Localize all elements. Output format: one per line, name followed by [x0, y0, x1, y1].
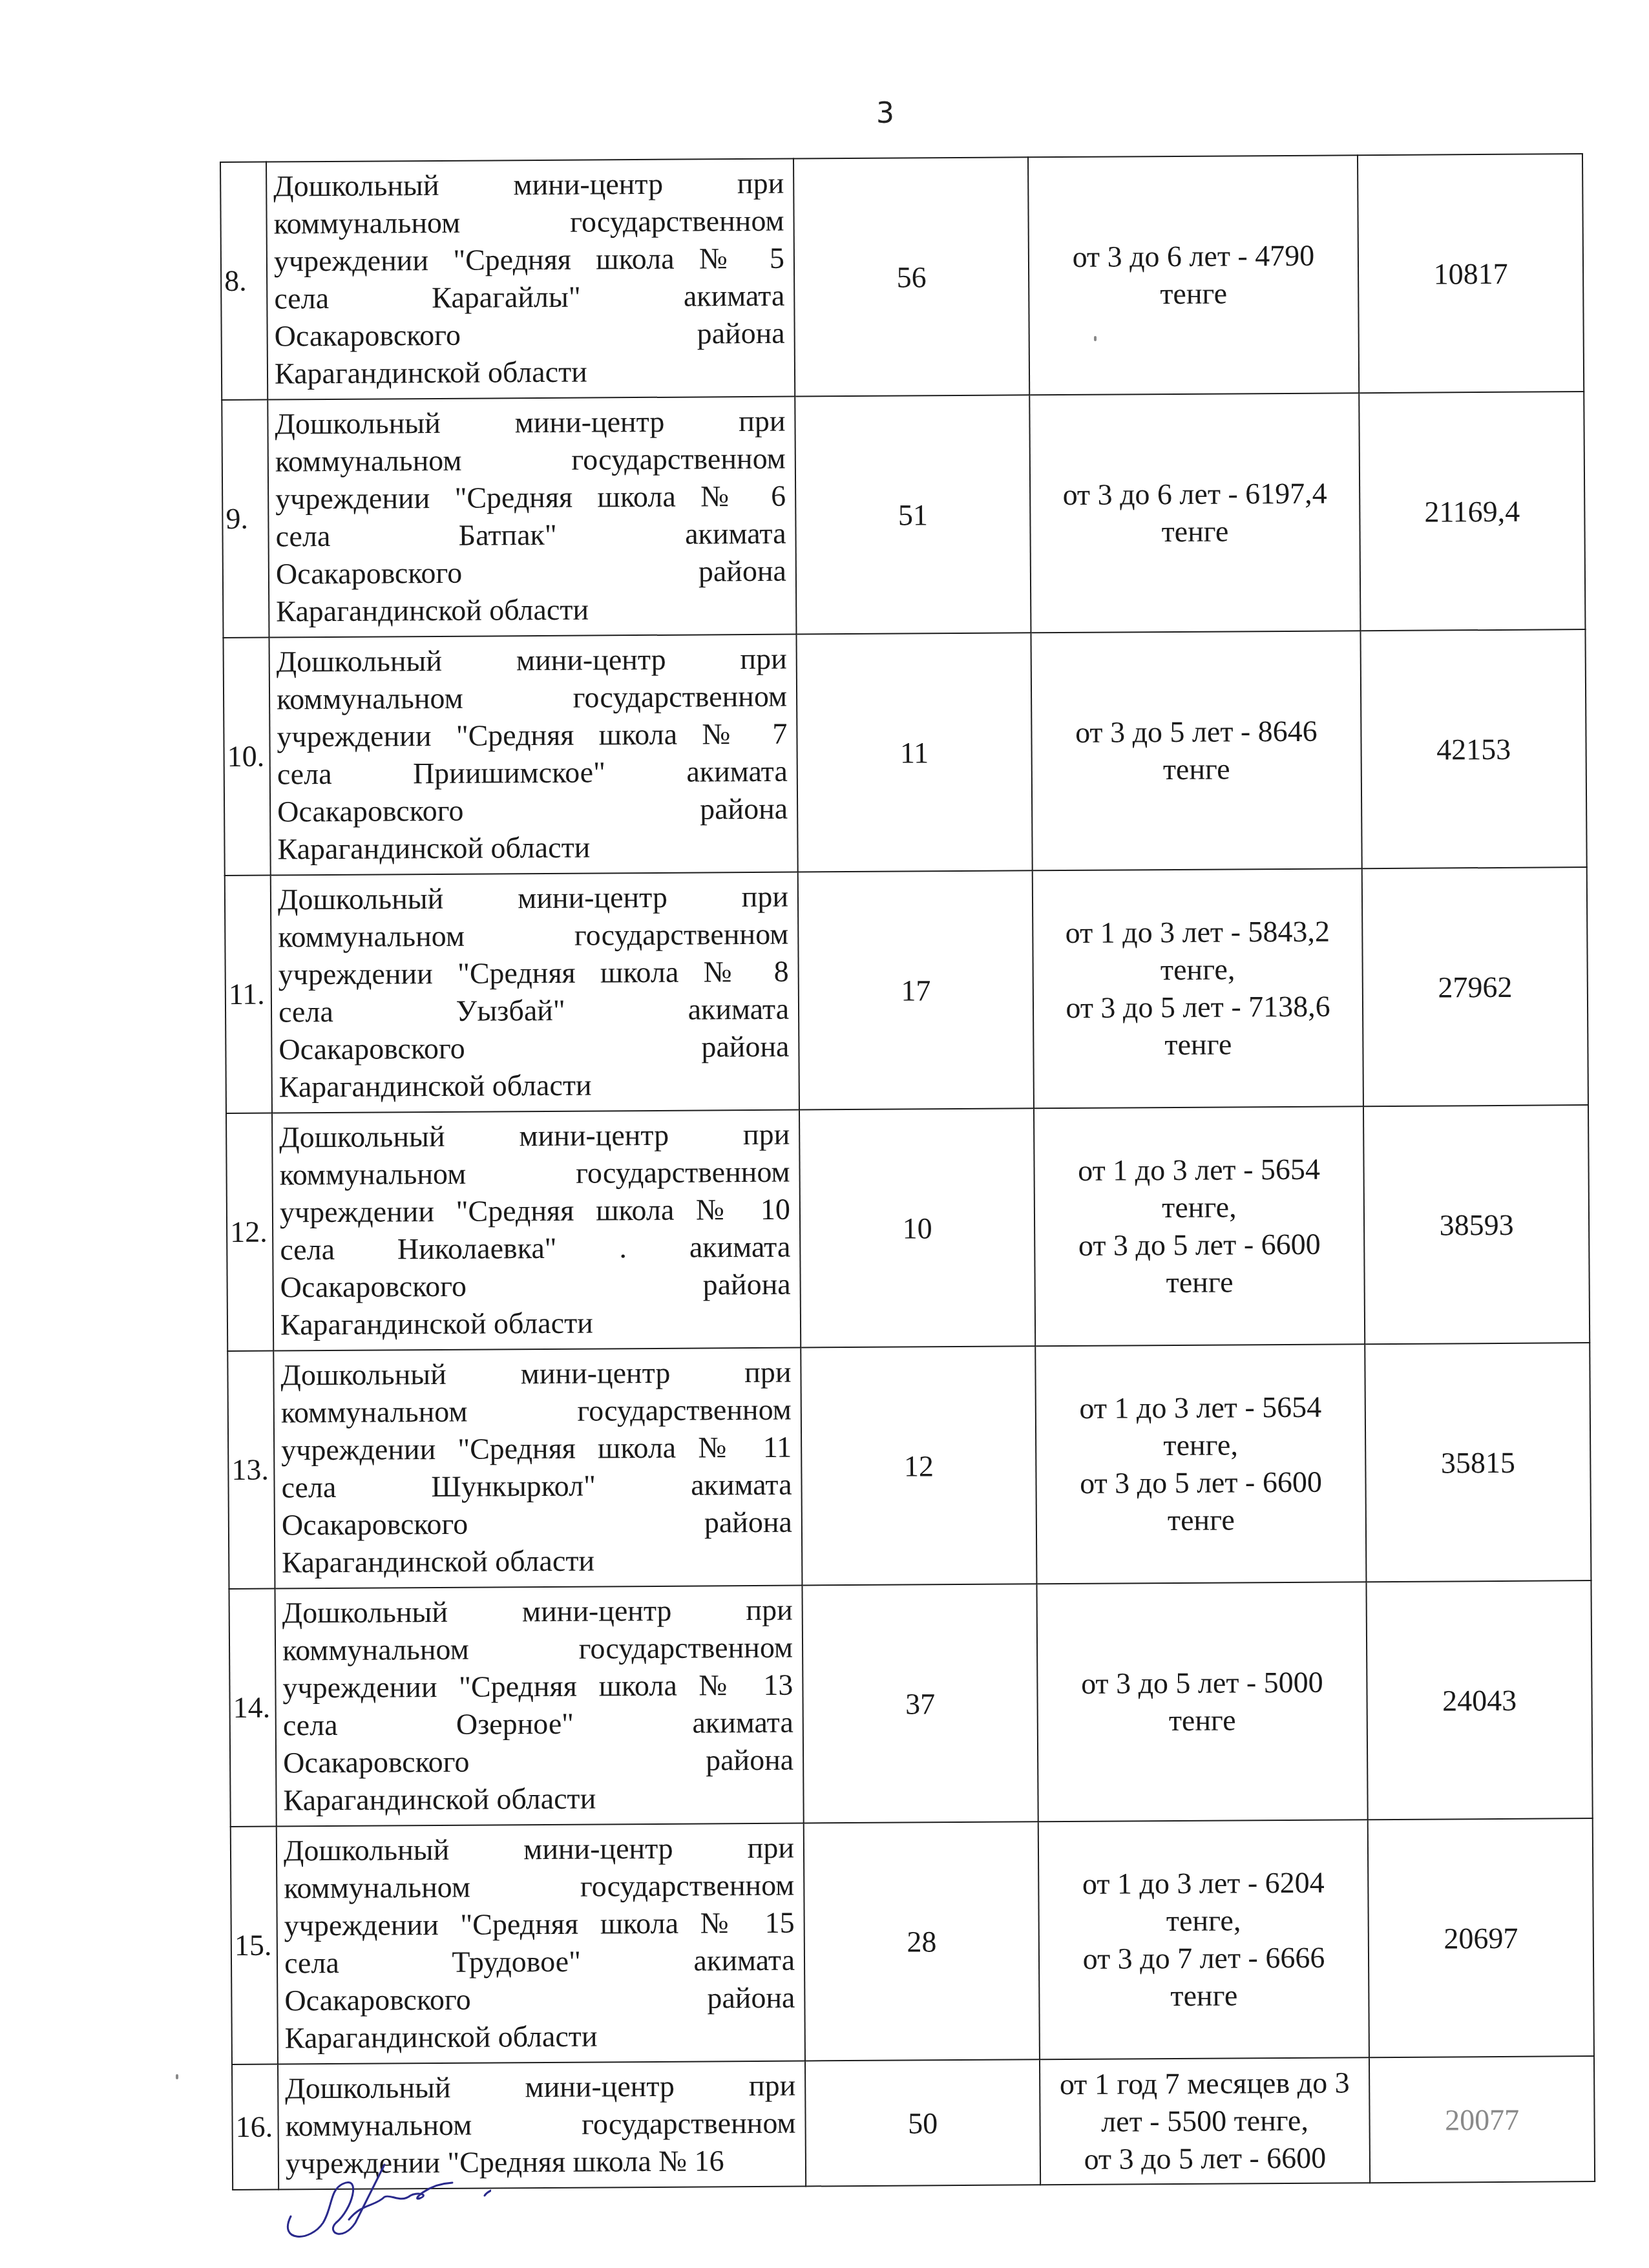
table-row: 12.Дошкольный мини-центр прикоммунальном… — [226, 1105, 1590, 1351]
cost-per-child: 10817 — [1358, 154, 1584, 393]
institution-name-line: Осакаровского района — [277, 790, 788, 831]
parent-fee-line: от 1 до 3 лет - 5654 — [1040, 1388, 1361, 1427]
table-row: 11.Дошкольный мини-центр прикоммунальном… — [225, 867, 1588, 1113]
parent-fee-line: от 3 до 5 лет - 6600 — [1045, 2139, 1365, 2178]
institution-name-line: Карагандинской области — [276, 590, 786, 631]
institution-name-line: Карагандинской области — [282, 1541, 792, 1582]
institution-name-line: учреждении "Средняя школа № 7 — [277, 715, 787, 756]
parent-fee: от 1 до 3 лет - 5654тенге,от 3 до 5 лет … — [1035, 1344, 1366, 1584]
row-number: 12. — [226, 1113, 273, 1351]
institution-name-line: села Николаевка" . акимата — [280, 1228, 790, 1269]
table-row: 10.Дошкольный мини-центр прикоммунальном… — [224, 629, 1587, 876]
institution-name-line: Осакаровского района — [276, 552, 786, 593]
parent-fee-line: от 3 до 7 лет - 6666 — [1044, 1938, 1364, 1978]
signature — [271, 2145, 491, 2255]
institution-name-line: Карагандинской области — [280, 1303, 791, 1344]
institution-name-line: учреждении "Средняя школа № 8 — [278, 953, 789, 994]
scan-speck — [176, 2074, 178, 2079]
institution-name-line: Осакаровского района — [280, 1266, 790, 1307]
parent-fee-line: тенге, — [1039, 1188, 1360, 1227]
institution-name-line: учреждении "Средняя школа № 11 — [281, 1429, 792, 1469]
institution-name-line: Дошкольный мини-центр при — [279, 1116, 790, 1157]
children-count: 11 — [796, 633, 1032, 872]
institution-name-line: Дошкольный мини-центр при — [278, 878, 788, 919]
cost-per-child: 21169,4 — [1359, 392, 1585, 631]
institution-name-line: Осакаровского района — [284, 1979, 795, 2020]
institution-name-line: Осакаровского района — [282, 1504, 792, 1544]
institution-name-line: Дошкольный мини-центр при — [284, 1829, 794, 1870]
table-row: 13.Дошкольный мини-центр прикоммунальном… — [227, 1343, 1591, 1589]
row-number: 14. — [229, 1589, 276, 1827]
institution-name-line: учреждении "Средняя школа № 13 — [282, 1666, 793, 1707]
parent-fee-line: от 3 до 5 лет - 6600 — [1039, 1225, 1360, 1265]
cost-per-child: 24043 — [1366, 1580, 1592, 1820]
table-body: 8.Дошкольный мини-центр прикоммунальном … — [220, 154, 1595, 2190]
institution-name-line: Дошкольный мини-центр при — [280, 1354, 791, 1394]
parent-fee: от 3 до 6 лет - 4790тенге — [1028, 155, 1359, 395]
parent-fee-line: от 1 год 7 месяцев до 3 — [1044, 2064, 1365, 2103]
institution-name: Дошкольный мини-центр прикоммунальном го… — [272, 1110, 801, 1351]
table-row: 14.Дошкольный мини-центр прикоммунальном… — [229, 1580, 1592, 1827]
institution-name-line: коммунальном государственном — [275, 440, 786, 481]
children-count: 56 — [793, 157, 1029, 396]
cost-per-child: 35815 — [1365, 1343, 1591, 1582]
institution-name-line: Дошкольный мини-центр при — [273, 165, 784, 205]
row-number: 8. — [220, 162, 268, 400]
institution-name-line: коммунальном государственном — [273, 202, 784, 243]
institution-name-line: Осакаровского района — [283, 1741, 793, 1782]
institution-name-line: Карагандинской области — [277, 828, 788, 868]
institution-name-line: Карагандинской области — [283, 1779, 793, 1820]
parent-fee-line: тенге — [1033, 274, 1354, 313]
institution-name-line: села Приишимское" акимата — [277, 753, 788, 793]
children-count: 51 — [795, 395, 1031, 634]
parent-fee-line: от 1 до 3 лет - 5654 — [1038, 1150, 1359, 1190]
parent-fee: от 1 год 7 месяцев до 3лет - 5500 тенге,… — [1040, 2057, 1370, 2185]
row-number: 15. — [231, 1827, 278, 2064]
parent-fee: от 3 до 5 лет - 8646тенге — [1031, 631, 1361, 870]
institution-name-line: Дошкольный мини-центр при — [285, 2067, 795, 2108]
row-number: 10. — [224, 638, 271, 876]
parent-fee-line: от 3 до 5 лет - 5000 — [1042, 1663, 1362, 1703]
institution-name-line: Карагандинской области — [285, 2017, 795, 2057]
scan-speck — [1094, 336, 1097, 341]
parent-fee: от 1 до 3 лет - 5843,2тенге,от 3 до 5 ле… — [1033, 868, 1363, 1108]
institution-name-line: Осакаровского района — [278, 1028, 789, 1069]
institution-name-line: села Уызбай" акимата — [278, 991, 789, 1031]
institution-name-line: села Озерное" акимата — [283, 1704, 793, 1745]
parent-fee: от 3 до 5 лет - 5000тенге — [1036, 1582, 1367, 1822]
parent-fee-line: тенге, — [1037, 950, 1358, 989]
parent-fee-line: тенге — [1038, 1025, 1358, 1064]
parent-fee-line: тенге — [1036, 750, 1357, 789]
children-count: 37 — [802, 1584, 1038, 1823]
institution-name: Дошкольный мини-центр прикоммунальном го… — [269, 635, 798, 876]
institution-name-line: коммунальном государственном — [285, 2105, 795, 2145]
cost-per-child: 27962 — [1362, 867, 1588, 1106]
institution-name-line: Карагандинской области — [275, 352, 785, 393]
parent-fee-line: тенге — [1042, 1701, 1363, 1740]
children-count: 12 — [801, 1346, 1036, 1585]
parent-fee-line: от 1 до 3 лет - 6204 — [1043, 1864, 1363, 1903]
institution-name-line: Карагандинской области — [279, 1066, 790, 1106]
cost-per-child: 20077 — [1369, 2056, 1595, 2183]
institution-name: Дошкольный мини-центр прикоммунальном го… — [273, 1348, 802, 1589]
institution-name-line: села Трудовое" акимата — [284, 1942, 795, 1982]
parent-fee-line: тенге, — [1043, 1901, 1363, 1940]
institution-name-line: учреждении "Средняя школа № 5 — [274, 240, 784, 280]
parent-fee-line: тенге — [1035, 512, 1355, 551]
cost-per-child: 38593 — [1363, 1105, 1590, 1344]
parent-fee-line: от 3 до 5 лет - 8646 — [1036, 712, 1356, 751]
institution-name: Дошкольный мини-центр прикоммунальном го… — [275, 1586, 803, 1827]
parent-fee: от 1 до 3 лет - 6204тенге,от 3 до 7 лет … — [1038, 1820, 1369, 2059]
parent-fee-line: лет - 5500 тенге, — [1044, 2101, 1365, 2141]
parent-fee-line: от 3 до 5 лет - 6600 — [1040, 1463, 1361, 1502]
institution-name-line: Осакаровского района — [274, 315, 784, 355]
institution-name: Дошкольный мини-центр прикоммунальном го… — [268, 397, 796, 638]
signature-stroke — [288, 2165, 491, 2236]
children-count: 10 — [799, 1108, 1035, 1347]
institution-name: Дошкольный мини-центр прикоммунальном го… — [271, 872, 799, 1113]
row-number: 11. — [225, 876, 272, 1113]
institution-name-line: села Батпак" акимата — [275, 515, 786, 556]
parent-fee: от 3 до 6 лет - 6197,4тенге — [1029, 393, 1360, 633]
children-count: 50 — [805, 2059, 1040, 2186]
institution-name-line: Дошкольный мини-центр при — [275, 403, 785, 443]
institution-name-line: коммунальном государственном — [277, 678, 787, 719]
table-row: 15.Дошкольный мини-центр прикоммунальном… — [231, 1818, 1594, 2064]
institution-name-line: коммунальном государственном — [281, 1391, 792, 1432]
row-number: 9. — [222, 400, 269, 638]
institution-name-line: села Карагайлы" акимата — [274, 277, 784, 318]
parent-fee-line: от 3 до 6 лет - 6197,4 — [1035, 474, 1355, 514]
institution-name-line: села Шункыркол" акимата — [281, 1466, 792, 1507]
parent-fee-line: тенге — [1044, 1976, 1364, 2015]
institution-name-line: учреждении "Средняя школа № 10 — [280, 1191, 790, 1232]
institution-name-line: Дошкольный мини-центр при — [277, 640, 787, 681]
cost-per-child: 20697 — [1368, 1818, 1594, 2057]
kindergarten-fee-table: 8.Дошкольный мини-центр прикоммунальном … — [220, 153, 1595, 2190]
page-number: 3 — [866, 97, 905, 130]
institution-name-line: коммунальном государственном — [284, 1867, 794, 1907]
children-count: 17 — [798, 870, 1034, 1109]
row-number: 13. — [227, 1351, 275, 1589]
institution-name-line: Дошкольный мини-центр при — [282, 1591, 793, 1632]
table-row: 9.Дошкольный мини-центр прикоммунальном … — [222, 392, 1585, 638]
cost-per-child: 42153 — [1360, 629, 1586, 868]
institution-name-line: учреждении "Средняя школа № 6 — [275, 478, 786, 518]
institution-name: Дошкольный мини-центр прикоммунальном го… — [277, 1823, 805, 2064]
parent-fee-line: тенге — [1039, 1263, 1360, 1302]
parent-fee-line: от 3 до 5 лет - 7138,6 — [1038, 987, 1358, 1027]
parent-fee-line: тенге, — [1040, 1425, 1361, 1465]
parent-fee: от 1 до 3 лет - 5654тенге,от 3 до 5 лет … — [1034, 1106, 1365, 1346]
institution-name-line: коммунальном государственном — [282, 1629, 793, 1670]
institution-name-line: учреждении "Средняя школа № 15 — [284, 1904, 795, 1945]
parent-fee-line: от 3 до 6 лет - 4790 — [1033, 236, 1354, 276]
institution-name-line: коммунальном государственном — [279, 1153, 790, 1194]
institution-name-line: коммунальном государственном — [278, 916, 788, 956]
parent-fee-line: от 1 до 3 лет - 5843,2 — [1037, 912, 1358, 952]
parent-fee-line: тенге — [1041, 1500, 1361, 1540]
children-count: 28 — [804, 1822, 1040, 2061]
table-row: 8.Дошкольный мини-центр прикоммунальном … — [220, 154, 1584, 400]
institution-name: Дошкольный мини-центр прикоммунальном го… — [266, 159, 795, 400]
